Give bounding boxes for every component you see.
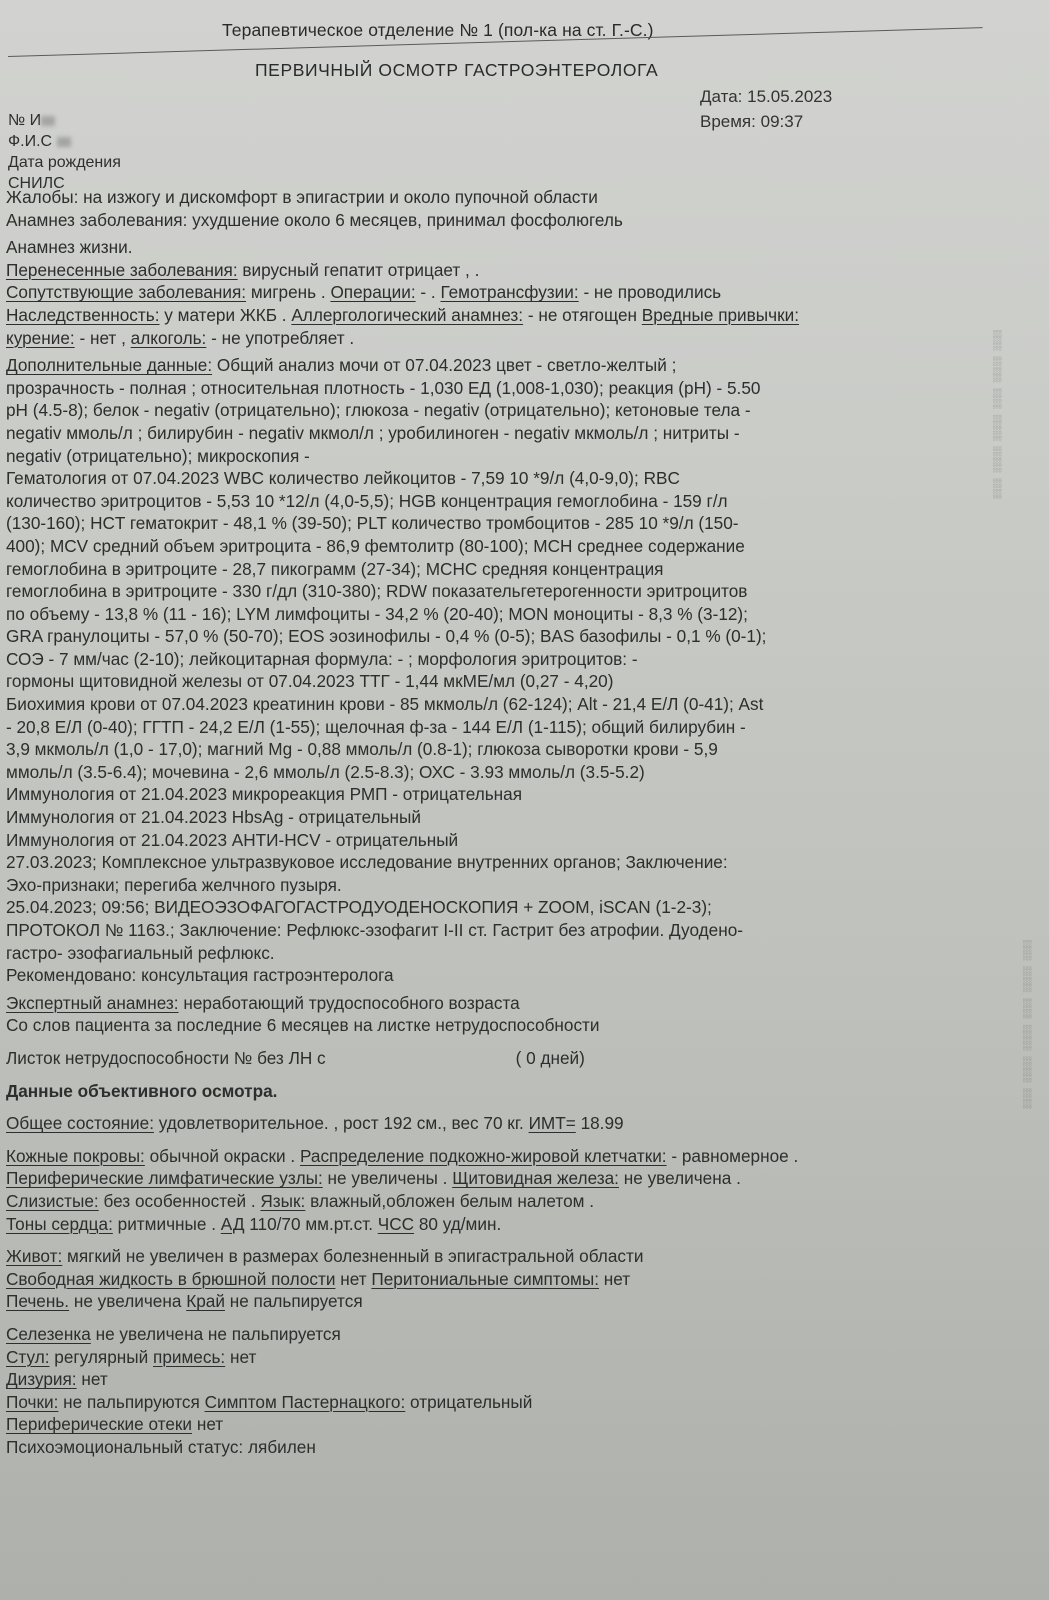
edema: Периферические отеки нет bbox=[6, 1413, 986, 1436]
exam-body: Жалобы: на изжогу и дискомфорт в эпигаст… bbox=[6, 186, 986, 1458]
exam-time: 09:37 bbox=[761, 112, 804, 131]
additional-data-line: Эхо-признаки; перегиба желчного пузыря. bbox=[6, 874, 986, 897]
additional-data-line: pH (4.5-8); белок - negativ (отрицательн… bbox=[6, 399, 986, 422]
additional-data-line: Иммунология от 21.04.2023 HbsAg - отрица… bbox=[6, 806, 986, 829]
complaints: Жалобы: на изжогу и дискомфорт в эпигаст… bbox=[6, 186, 986, 209]
vertical-stamp-top: ░░░░ ░░░░░ ░░░░ ░░░░░ ░░░░░ ░░░░ bbox=[992, 330, 1001, 590]
additional-data-line: - 20,8 Е/Л (0-40); ГГТП - 24,2 Е/Л (1-55… bbox=[6, 716, 986, 739]
additional-data-line: 27.03.2023; Комплексное ультразвуковое и… bbox=[6, 851, 986, 874]
disease-history: Анамнез заболевания: ухудшение около 6 м… bbox=[6, 209, 986, 232]
patient-name-label: Ф.И.С bbox=[8, 133, 52, 150]
additional-data-line: Дополнительные данные: Общий анализ мочи… bbox=[6, 354, 986, 377]
additional-data-line: гемоглобина в эритроците - 330 г/дл (310… bbox=[6, 580, 986, 603]
additional-data-line: СОЭ - 7 мм/час (2-10); лейкоцитарная фор… bbox=[6, 648, 986, 671]
redacted-value bbox=[41, 116, 55, 126]
additional-data-line: Иммунология от 21.04.2023 микрореакция Р… bbox=[6, 783, 986, 806]
additional-data-line: GRA гранулоциты - 57,0 % (50-70); EOS эо… bbox=[6, 625, 986, 648]
dysuria: Дизурия: нет bbox=[6, 1368, 986, 1391]
additional-data-line: гастро- эзофагиальный рефлюкс. bbox=[6, 942, 986, 965]
additional-data-line: гормоны щитовидной железы от 07.04.2023 … bbox=[6, 670, 986, 693]
date-label: Дата: bbox=[700, 87, 742, 106]
exam-datetime: Дата: 15.05.2023 Время: 09:37 bbox=[700, 84, 832, 134]
mucosa: Слизистые: без особенностей . Язык: влаж… bbox=[6, 1190, 986, 1213]
liver: Печень. не увеличена Край не пальпируетс… bbox=[6, 1290, 986, 1313]
additional-data-line: Биохимия крови от 07.04.2023 креатинин к… bbox=[6, 693, 986, 716]
additional-data-line: 3,9 мкмоль/л (1,0 - 17,0); магний Mg - 0… bbox=[6, 738, 986, 761]
additional-data-line: Иммунология от 21.04.2023 АНТИ-HCV - отр… bbox=[6, 829, 986, 852]
skin: Кожные покровы: обычной окраски . Распре… bbox=[6, 1145, 986, 1168]
additional-data-line: гемоглобина в эритроците - 28,7 пикограм… bbox=[6, 558, 986, 581]
additional-data-line: по объему - 13,8 % (11 - 16); LYM лимфоц… bbox=[6, 603, 986, 626]
sick-leave: Листок нетрудоспособности № без ЛН с( 0 … bbox=[6, 1047, 986, 1070]
document-page: Терапевтическое отделение № 1 (пол-ка на… bbox=[0, 0, 1049, 1600]
additional-data-line: (130-160); HCT гематокрит - 48,1 % (39-5… bbox=[6, 512, 986, 535]
record-number: № И bbox=[8, 112, 41, 129]
additional-data-line: 400); MCV средний объем эритроцита - 86,… bbox=[6, 535, 986, 558]
redacted-value bbox=[57, 137, 71, 147]
habits: курение: - нет , алкоголь: - не употребл… bbox=[6, 327, 986, 350]
additional-data-line: ммоль/л (3.5-6.4); мочевина - 2,6 ммоль/… bbox=[6, 761, 986, 784]
additional-data-line: Гематология от 07.04.2023 WBC количество… bbox=[6, 467, 986, 490]
comorbidities: Сопутствующие заболевания: мигрень . Опе… bbox=[6, 281, 986, 304]
heredity: Наследственность: у матери ЖКБ . Аллерго… bbox=[6, 304, 986, 327]
patient-id-block: № И Ф.И.С Дата рождения СНИЛС bbox=[8, 110, 121, 194]
lymph-nodes: Периферические лимфатические узлы: не ув… bbox=[6, 1167, 986, 1190]
heart: Тоны сердца: ритмичные . АД 110/70 мм.рт… bbox=[6, 1213, 986, 1236]
kidneys: Почки: не пальпируются Симптом Пастернац… bbox=[6, 1391, 986, 1414]
additional-data-line: прозрачность - полная ; относительная пл… bbox=[6, 377, 986, 400]
additional-data-lines: прозрачность - полная ; относительная пл… bbox=[6, 377, 986, 987]
general-state: Общее состояние: удовлетворительное. , р… bbox=[6, 1112, 986, 1135]
document-title: ПЕРВИЧНЫЙ ОСМОТР ГАСТРОЭНТЕРОЛОГА bbox=[255, 60, 658, 81]
additional-data-line: ПРОТОКОЛ № 1163.; Заключение: Рефлюкс-эз… bbox=[6, 919, 986, 942]
objective-heading: Данные объективного осмотра. bbox=[6, 1080, 986, 1103]
vertical-stamp-bottom: ░░░░ ░░░░░ ░░░░ ░░░░░ ░░░░░ ░░░░ bbox=[1022, 940, 1031, 1220]
time-label: Время: bbox=[700, 112, 756, 131]
abdomen: Живот: мягкий не увеличен в размерах бол… bbox=[6, 1245, 986, 1268]
expert-history: Экспертный анамнез: неработающий трудосп… bbox=[6, 992, 986, 1015]
psycho-status: Психоэмоциональный статус: лябилен bbox=[6, 1436, 986, 1459]
exam-date: 15.05.2023 bbox=[747, 87, 832, 106]
stool: Стул: регулярный примесь: нет bbox=[6, 1346, 986, 1369]
free-fluid: Свободная жидкость в брюшной полости нет… bbox=[6, 1268, 986, 1291]
additional-data-line: 25.04.2023; 09:56; ВИДЕОЭЗОФАГОГАСТРОДУО… bbox=[6, 896, 986, 919]
life-history-heading: Анамнез жизни. bbox=[6, 236, 986, 259]
birth-date-label: Дата рождения bbox=[8, 154, 121, 171]
additional-data-line: Рекомендовано: консультация гастроэнтеро… bbox=[6, 964, 986, 987]
expert-note: Со слов пациента за последние 6 месяцев … bbox=[6, 1014, 986, 1037]
additional-data-line: negativ (отрицательно); микроскопия - bbox=[6, 445, 986, 468]
additional-data-line: negativ ммоль/л ; билирубин - negativ мк… bbox=[6, 422, 986, 445]
spleen: Селезенка не увеличена не пальпируется bbox=[6, 1323, 986, 1346]
additional-data-line: количество эритроцитов - 5,53 10 *12/л (… bbox=[6, 490, 986, 513]
past-diseases: Перенесенные заболевания: вирусный гепат… bbox=[6, 259, 986, 282]
